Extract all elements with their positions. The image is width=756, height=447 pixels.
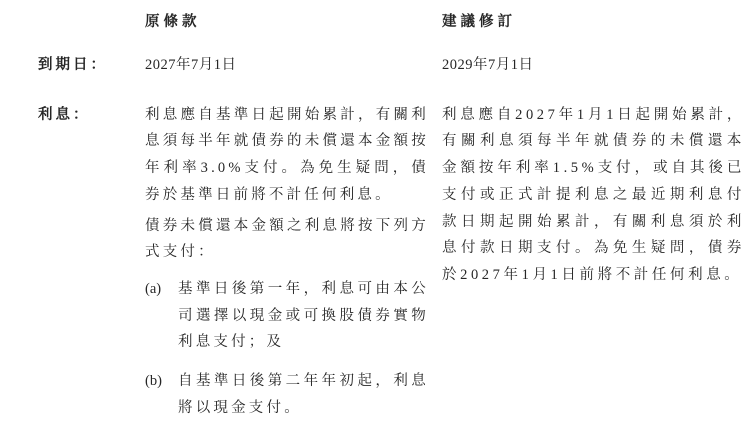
header-spacer <box>38 15 132 30</box>
interest-original-list-item-b: (b) 自基準日後第二年年初起，利息將以現金支付。 <box>145 368 429 421</box>
maturity-date-original: 2027年7月1日 <box>145 52 429 79</box>
row-label-interest: 利息： <box>38 102 132 422</box>
interest-original-paragraph-1: 利息應自基準日起開始累計，有關利息須每半年就債券的未償還本金額按年利率3.0%支… <box>145 102 429 209</box>
interest-original-list-item-a: (a) 基準日後第一年，利息可由本公司選擇以現金或可換股債券實物利息支付；及 <box>145 276 429 356</box>
list-marker-a: (a) <box>145 276 178 356</box>
interest-proposed-cell: 利息應自2027年1月1日起開始累計，有關利息須每半年就債券的未償還本金額按年利… <box>442 102 745 422</box>
column-header-original-terms: 原條款 <box>145 15 429 30</box>
row-label-maturity-date: 到期日： <box>38 52 132 79</box>
interest-original-cell: 利息應自基準日起開始累計，有關利息須每半年就債券的未償還本金額按年利率3.0%支… <box>145 102 429 422</box>
comparison-table: 原條款 建議修訂 到期日： 2027年7月1日 2029年7月1日 利息： 利息… <box>38 15 756 421</box>
interest-original-paragraph-2: 債券未償還本金額之利息將按下列方式支付： <box>145 213 429 266</box>
maturity-date-proposed: 2029年7月1日 <box>442 52 745 79</box>
list-item-b-text: 自基準日後第二年年初起，利息將以現金支付。 <box>178 368 429 421</box>
document-page: 原條款 建議修訂 到期日： 2027年7月1日 2029年7月1日 利息： 利息… <box>0 0 756 447</box>
interest-proposed-paragraph-1: 利息應自2027年1月1日起開始累計，有關利息須每半年就債券的未償還本金額按年利… <box>442 102 745 289</box>
list-item-a-text: 基準日後第一年，利息可由本公司選擇以現金或可換股債券實物利息支付；及 <box>178 276 429 356</box>
column-header-proposed-amendments: 建議修訂 <box>442 15 745 30</box>
list-marker-b: (b) <box>145 368 178 421</box>
